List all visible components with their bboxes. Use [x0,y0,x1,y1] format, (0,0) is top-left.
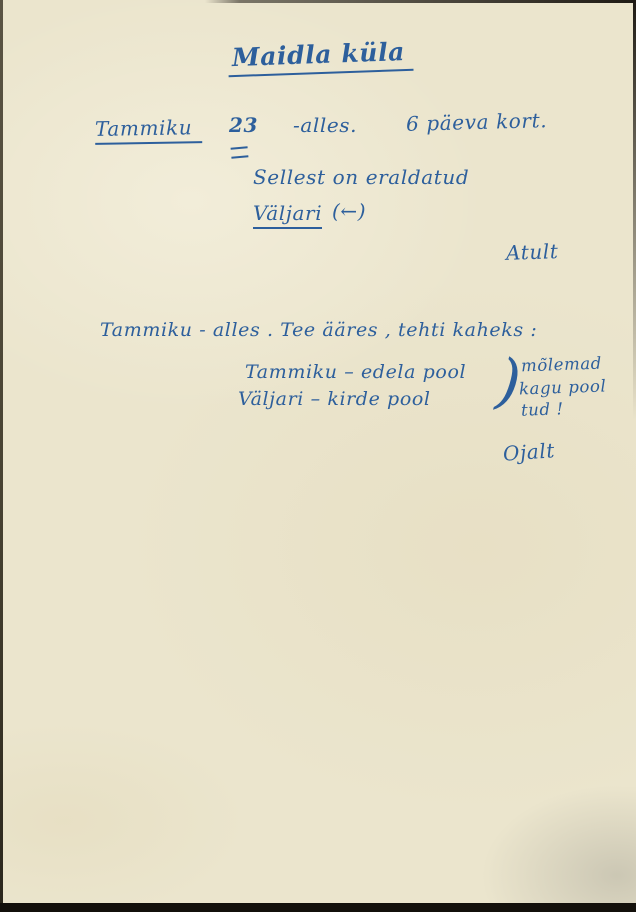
double-underline-mark [231,146,249,158]
page-edge-top [205,0,636,3]
entry1-number: 23 [229,113,258,137]
annotation-line: kagu pool [519,376,607,398]
entry1-removed-line: Sellest on eraldatud [253,165,469,189]
entry1-detail: 6 päeva kort. [406,108,548,136]
page-edge-bottom [0,903,636,912]
entry1-removed-name: Väljari [253,201,322,229]
entry2-split-item: Väljari – kirde pool [238,388,431,410]
entry1-removed-arrow: (←) [332,199,366,223]
page-title: Maidla küla [227,37,413,77]
entry1-signature: Atult [506,239,559,265]
entry2-heading: Tammiku - alles . Tee ääres , tehti kahe… [100,319,537,341]
entry2-split-item: Tammiku – edela pool [245,361,466,383]
entry1-status: -alles. [293,113,357,137]
annotation-line: tud ! [521,399,564,419]
entry2-signature: Ojalt [502,438,556,466]
page-edge-left [0,0,3,912]
entry1-farm-name: Tammiku [95,115,203,145]
scanned-notebook-page: Maidla küla Tammiku 23 -alles. 6 päeva k… [0,0,636,912]
annotation-line: mõlemad [521,354,602,376]
